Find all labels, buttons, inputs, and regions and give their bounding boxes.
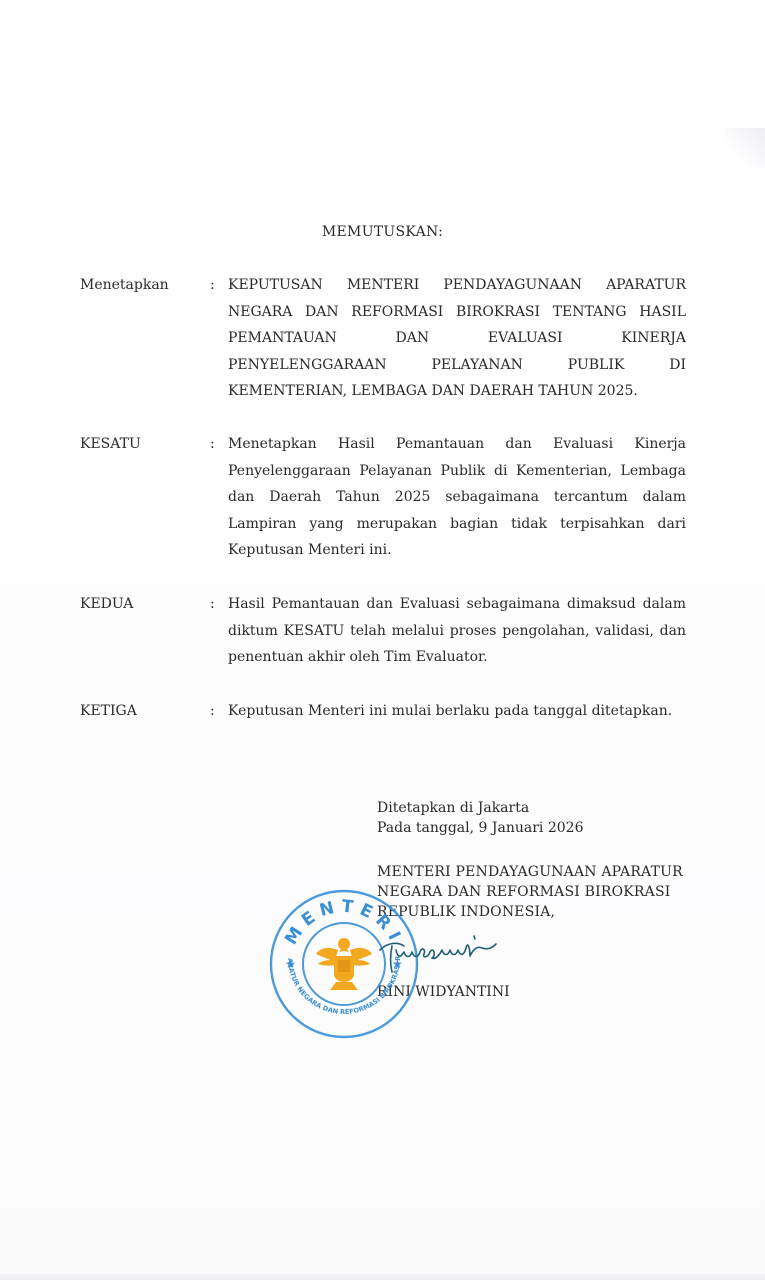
svg-text:★: ★: [285, 957, 296, 971]
section-separator: :: [210, 698, 215, 725]
page-bottom-edge: [0, 1274, 765, 1280]
page-corner-shadow: [725, 128, 765, 168]
section-label: KESATU: [80, 431, 141, 458]
section-separator: :: [210, 431, 215, 458]
section-separator: :: [210, 591, 215, 618]
document-page: MEMUTUSKAN: Menetapkan : KEPUTUSAN MENTE…: [0, 0, 765, 1280]
section-text: Menetapkan Hasil Pemantauan dan Evaluasi…: [228, 431, 686, 564]
section-text: Keputusan Menteri ini mulai berlaku pada…: [228, 698, 686, 725]
section-label: KEDUA: [80, 591, 133, 618]
handwritten-signature-icon: [378, 928, 498, 978]
section-label: Menetapkan: [80, 272, 169, 299]
section-separator: :: [210, 272, 215, 299]
signature-date: Pada tanggal, 9 Januari 2026: [377, 818, 583, 838]
signatory-title-line-1: MENTERI PENDAYAGUNAAN APARATUR: [377, 862, 683, 882]
section-label: KETIGA: [80, 698, 137, 725]
signature-place: Ditetapkan di Jakarta: [377, 798, 529, 818]
section-text: Hasil Pemantauan dan Evaluasi sebagaiman…: [228, 591, 686, 671]
decision-heading: MEMUTUSKAN:: [0, 224, 765, 240]
signatory-title-line-2: NEGARA DAN REFORMASI BIROKRASI: [377, 882, 670, 902]
section-text: KEPUTUSAN MENTERI PENDAYAGUNAAN APARATUR…: [228, 272, 686, 405]
